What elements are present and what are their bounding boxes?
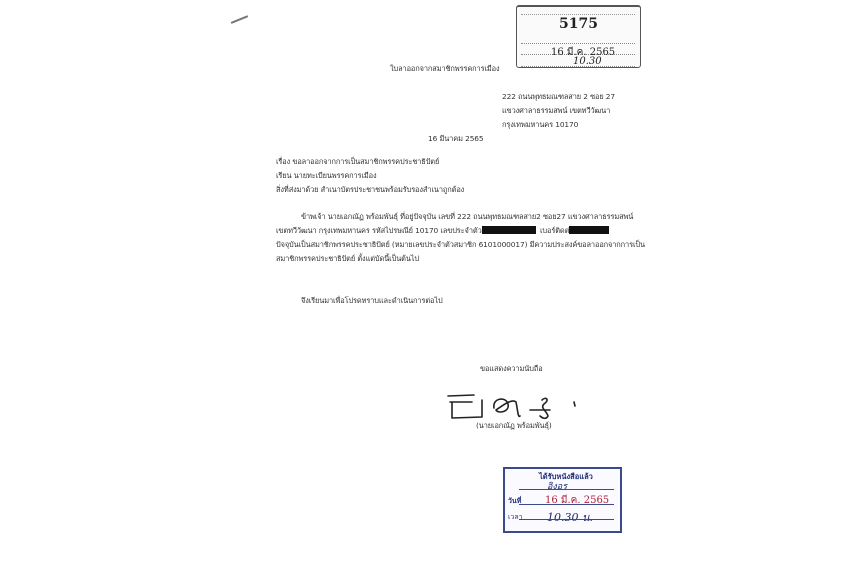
address-line-1: 222 ถนนพุทธมณฑลสาย 2 ซอย 27 — [502, 92, 615, 102]
stamp-time-label: เวลา — [508, 512, 523, 523]
stamp-header-line — [521, 12, 635, 15]
body-line-3: ปัจจุบันเป็นสมาชิกพรรคประชาธิปัตย์ (หมาย… — [276, 240, 645, 250]
stamp-date-label: วันที่ — [508, 496, 521, 507]
closing-request: จึงเรียนมาเพื่อโปรดทราบและดำเนินการต่อไป — [301, 296, 443, 306]
stamp-time: 10.30 น. — [547, 508, 593, 526]
sign-off: ขอแสดงความนับถือ — [480, 364, 543, 374]
body-line-1: ข้าพเจ้า นายเอกณัฏ พร้อมพันธุ์ ที่อยู่ปั… — [301, 212, 633, 222]
address-line-3: กรุงเทพมหานคร 10170 — [502, 120, 578, 130]
signatory-name: (นายเอกณัฏ พร้อมพันธุ์) — [476, 421, 552, 431]
pen-mark — [231, 15, 248, 23]
stamp-line — [519, 519, 614, 520]
redacted-id-number — [482, 226, 536, 234]
received-stamp-bottom: ได้รับหนังสือแล้ว อิงอร วันที่ 16 มี.ค. … — [503, 467, 622, 533]
stamp-number: 5175 — [517, 16, 640, 32]
received-stamp-top: 5175 16 มี.ค. 2565 10.30 — [516, 5, 641, 68]
letter-date: 16 มีนาคม 2565 — [428, 134, 484, 144]
stamp-date: 16 มี.ค. 2565 — [545, 493, 609, 508]
stamp-row — [521, 33, 635, 44]
stamp-line — [519, 489, 614, 490]
body-line-4: สมาชิกพรรคประชาธิปัตย์ ตั้งแต่บัดนี้เป็น… — [276, 254, 419, 264]
stamp-time: 10.30 — [573, 56, 602, 67]
stamp-receiver: อิงอร — [547, 479, 567, 493]
subject-line: เรื่อง ขอลาออกจากการเป็นสมาชิกพรรคประชาธ… — [276, 157, 439, 167]
signature — [446, 388, 586, 424]
enclosure-line: สิ่งที่ส่งมาด้วย สำเนาบัตรประชาชนพร้อมรั… — [276, 185, 464, 195]
redacted-phone-number — [569, 226, 609, 234]
body-line-2: เขตทวีวัฒนา กรุงเทพมหานคร รหัสไปรษณีย์ 1… — [276, 226, 513, 236]
letter-heading: ใบลาออกจากสมาชิกพรรคการเมือง — [390, 64, 500, 74]
address-line-2: แขวงศาลาธรรมสพน์ เขตทวีวัฒนา — [502, 106, 610, 116]
to-line: เรียน นายทะเบียนพรรคการเมือง — [276, 171, 377, 181]
stamp-line — [519, 504, 614, 505]
